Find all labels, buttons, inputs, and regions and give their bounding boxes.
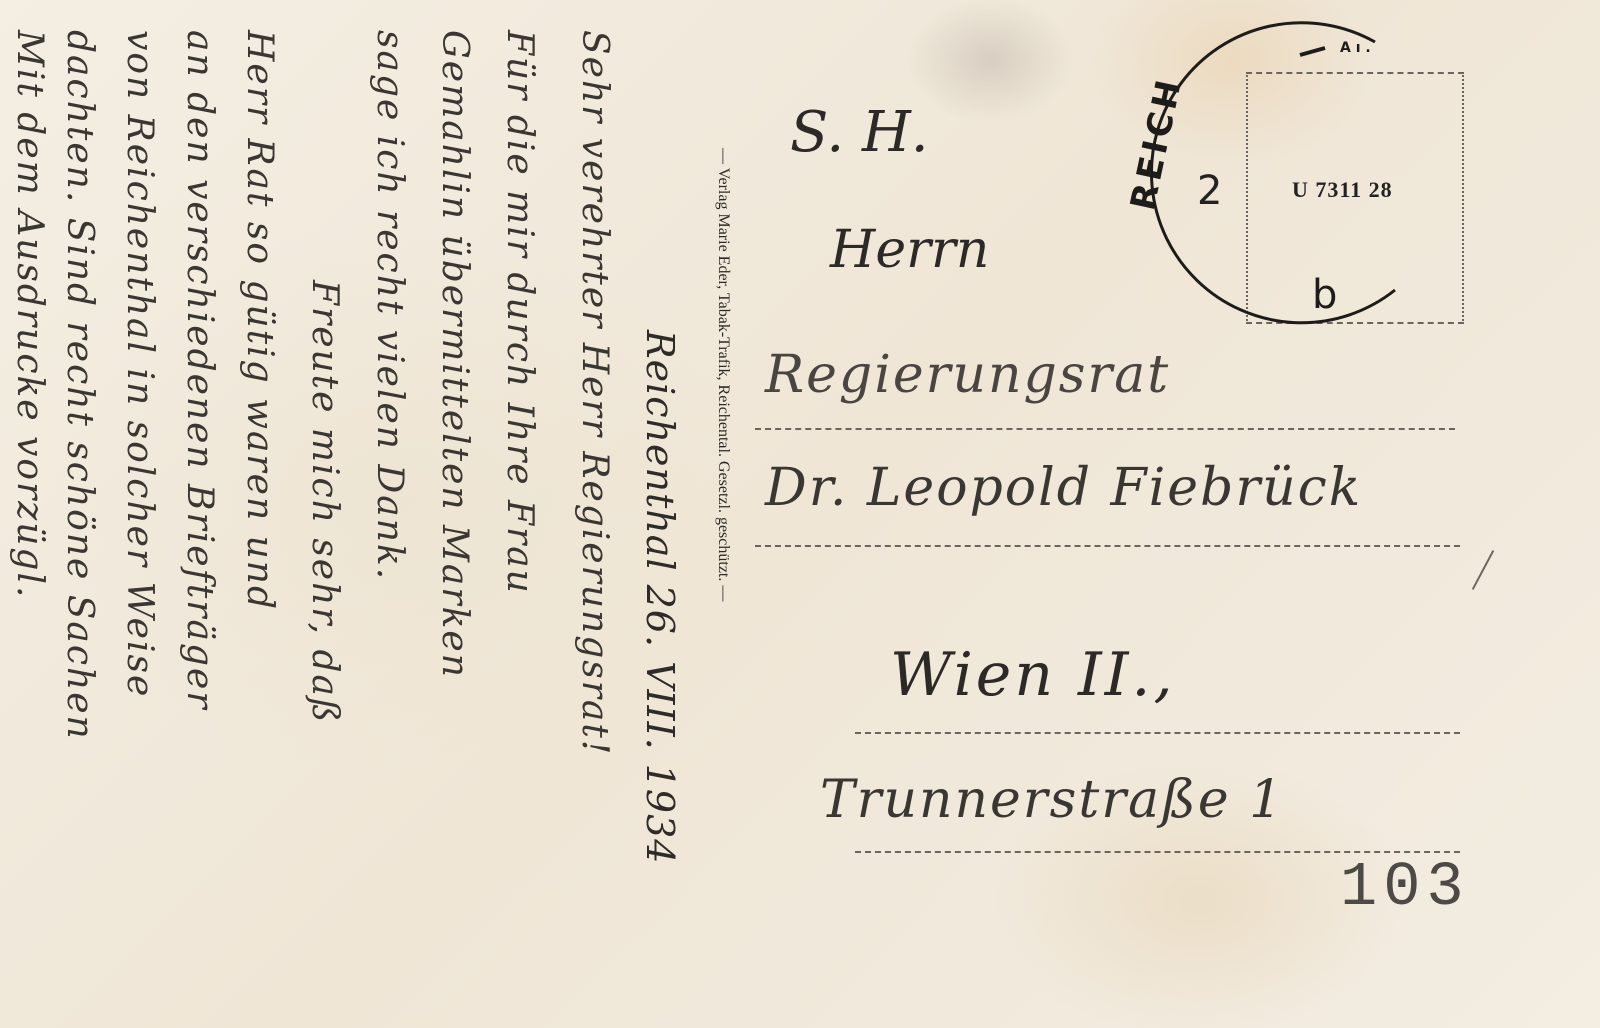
postmark-circle-icon: A ı . [1140, 20, 1440, 330]
address-name: Dr. Leopold Fiebrück [765, 458, 1362, 518]
message-line: Gemahlin übermittelten Marken [434, 30, 475, 679]
message-dateline: Reichenthal 26. VIII. 1934 [638, 330, 682, 864]
postcard: Reichenthal 26. VIII. 1934 Sehr verehrte… [0, 0, 1600, 1028]
postmark-day: 2 [1197, 168, 1222, 214]
message-line: Freute mich sehr, daß [304, 280, 345, 724]
postmark-sub: b [1312, 272, 1337, 318]
address-line-divider [855, 732, 1460, 734]
message-line: von Reichenthal in solcher Weise [119, 30, 160, 698]
address-street: Trunnerstraße 1 [820, 770, 1284, 830]
address-line-divider [755, 545, 1460, 547]
address-line-divider [755, 428, 1455, 430]
message-block: Reichenthal 26. VIII. 1934 Sehr verehrte… [0, 30, 700, 990]
address-recipient-prefix: Herrn [830, 220, 989, 280]
address-city: Wien II., [890, 640, 1176, 710]
serial-number: 103 [1340, 852, 1470, 923]
message-line: sage ich recht vielen Dank. [369, 30, 410, 581]
message-line: Herr Rat so gütig waren und [239, 30, 280, 611]
message-line: dachten. Sind recht schöne Sachen [59, 30, 100, 741]
publisher-imprint: Verlag Marie Eder, Tabak-Trafik, Reichen… [714, 148, 732, 601]
svg-text:A ı .: A ı . [1340, 40, 1371, 56]
message-line: an den verschiedenen Briefträger [179, 30, 220, 711]
address-salutation: S. H. [790, 100, 929, 165]
address-title: Regierungsrat [765, 345, 1170, 405]
pen-stroke [1472, 550, 1494, 590]
message-line: Sehr verehrter Herr Regierungsrat! [574, 30, 615, 756]
message-line: Für die mir durch Ihre Frau [499, 30, 540, 595]
message-line: Mit dem Ausdrucke vorzügl. [9, 30, 50, 599]
